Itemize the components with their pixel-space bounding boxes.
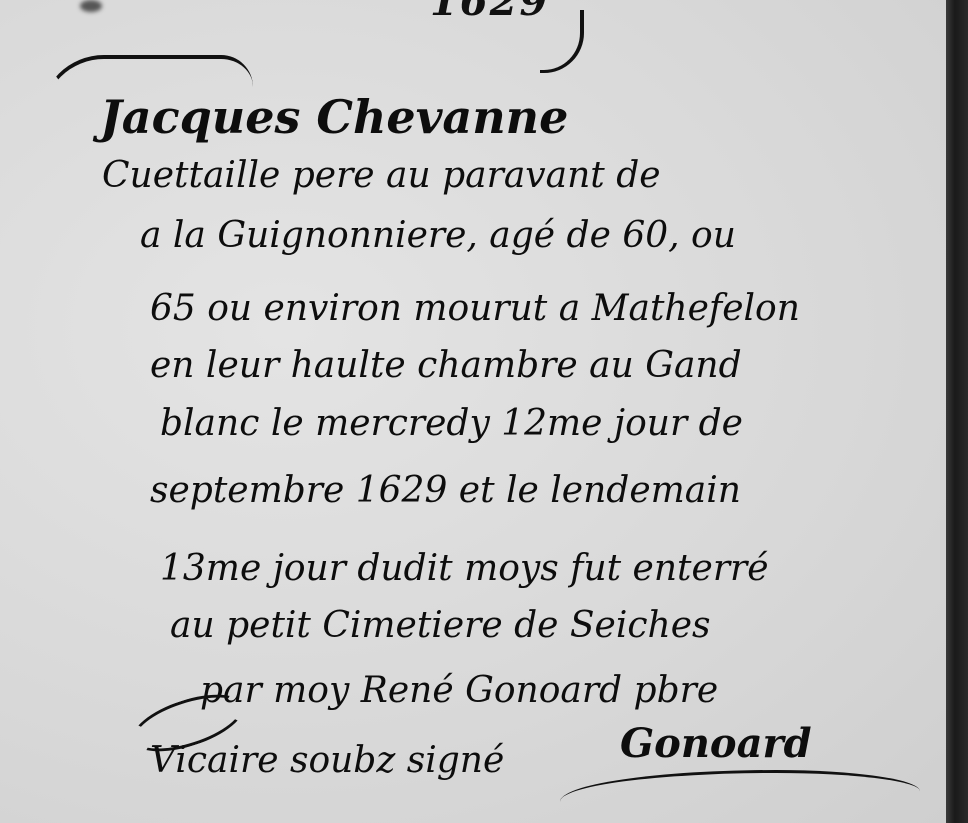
record-title-name: Jacques Chevanne [100, 90, 568, 144]
record-line-6: septembre 1629 et le lendemain [150, 470, 741, 511]
record-line-2: a la Guignonniere, agé de 60, ou [140, 215, 736, 256]
record-line-5: blanc le mercredy 12me jour de [160, 403, 743, 444]
record-line-10: Vicaire soubz signé [150, 740, 504, 781]
signature: Gonoard [620, 720, 812, 767]
ink-blot [80, 0, 102, 12]
record-line-1: Cuettaille pere au paravant de [102, 155, 661, 196]
year-flourish [540, 10, 584, 73]
record-line-4: en leur haulte chambre au Gand [150, 345, 742, 386]
book-binding-edge [946, 0, 968, 823]
header-year: 1629 [430, 0, 549, 25]
record-line-9: par moy René Gonoard pbre [200, 670, 718, 711]
signature-flourish [560, 770, 920, 823]
manuscript-page: 1629 Jacques Chevanne Cuettaille pere au… [0, 0, 946, 823]
record-line-8: au petit Cimetiere de Seiches [170, 605, 710, 646]
record-line-3: 65 ou environ mourut a Mathefelon [150, 288, 800, 329]
record-line-7: 13me jour dudit moys fut enterré [160, 548, 769, 589]
